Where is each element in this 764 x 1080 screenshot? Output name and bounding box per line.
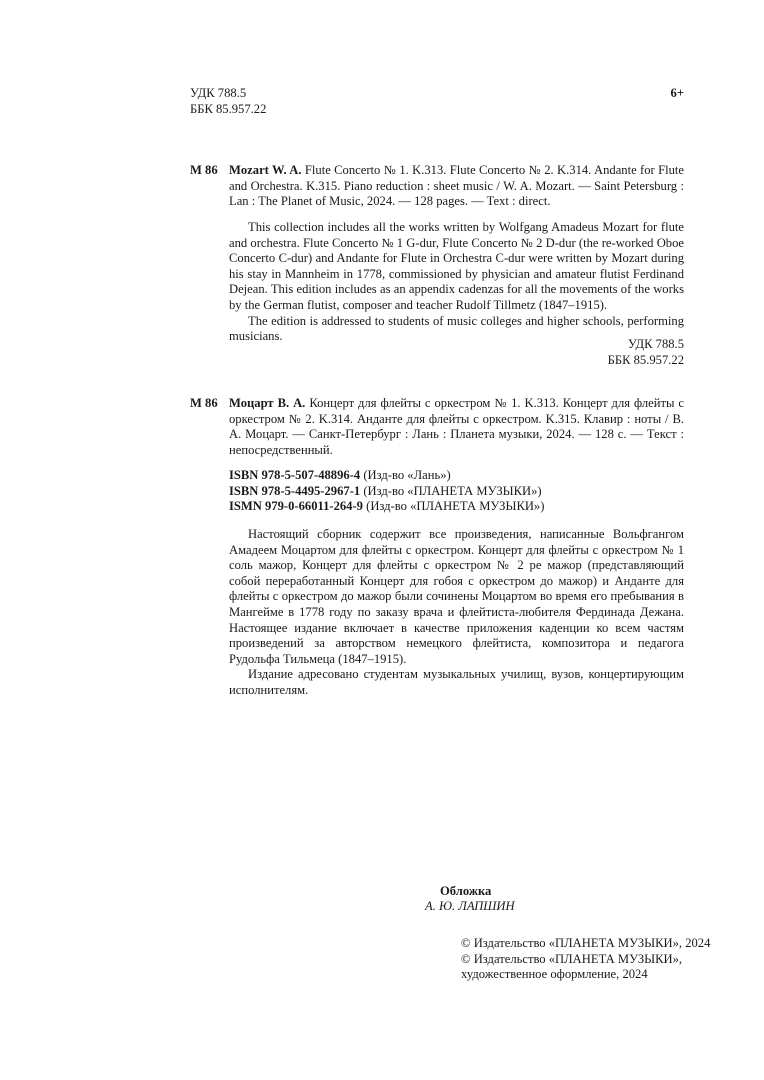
- copyright-block: © Издательство «ПЛАНЕТА МУЗЫКИ», 2024 © …: [461, 936, 710, 983]
- cover-credit-label: Обложка: [440, 884, 491, 900]
- isbn-lan: ISBN 978-5-507-48896-4 (Изд-во «Лань»): [229, 468, 544, 484]
- header-udk: УДК 788.5: [190, 86, 266, 102]
- isbn-planeta: ISBN 978-5-4495-2967-1 (Изд-во «ПЛАНЕТА …: [229, 484, 544, 500]
- author-name: Моцарт В. А.: [229, 396, 305, 410]
- russian-entry-body: Моцарт В. А. Концерт для флейты с оркест…: [229, 396, 684, 458]
- english-classification: УДК 788.5 ББК 85.957.22: [500, 337, 684, 368]
- ismn-planeta: ISMN 979-0-66011-264-9 (Изд-во «ПЛАНЕТА …: [229, 499, 544, 515]
- english-annotation: This collection includes all the works w…: [229, 220, 684, 345]
- annotation-paragraph: This collection includes all the works w…: [229, 220, 684, 314]
- english-bibliographic-entry: М 86 Mozart W. A. Flute Concerto № 1. K.…: [190, 163, 684, 210]
- header-classification: УДК 788.5 ББК 85.957.22: [190, 86, 266, 117]
- english-entry-body: Mozart W. A. Flute Concerto № 1. K.313. …: [229, 163, 684, 210]
- age-rating-badge: 6+: [660, 86, 684, 102]
- annotation-paragraph: Настоящий сборник содержит все произведе…: [229, 527, 684, 667]
- cover-credit-artist: А. Ю. ЛАПШИН: [425, 899, 515, 915]
- author-name: Mozart W. A.: [229, 163, 302, 177]
- header-bbk: ББК 85.957.22: [190, 102, 266, 118]
- annotation-paragraph: Издание адресовано студентам музыкальных…: [229, 667, 684, 698]
- russian-annotation: Настоящий сборник содержит все произведе…: [229, 527, 684, 699]
- russian-bibliographic-entry: М 86 Моцарт В. А. Концерт для флейты с о…: [190, 396, 684, 458]
- english-bbk: ББК 85.957.22: [500, 353, 684, 369]
- english-udk: УДК 788.5: [500, 337, 684, 353]
- library-code: М 86: [190, 396, 218, 412]
- copyright-line: © Издательство «ПЛАНЕТА МУЗЫКИ», 2024: [461, 936, 710, 952]
- copyright-line: © Издательство «ПЛАНЕТА МУЗЫКИ»,: [461, 952, 710, 968]
- library-code: М 86: [190, 163, 218, 179]
- copyright-line: художественное оформление, 2024: [461, 967, 710, 983]
- identifiers-list: ISBN 978-5-507-48896-4 (Изд-во «Лань») I…: [229, 468, 544, 515]
